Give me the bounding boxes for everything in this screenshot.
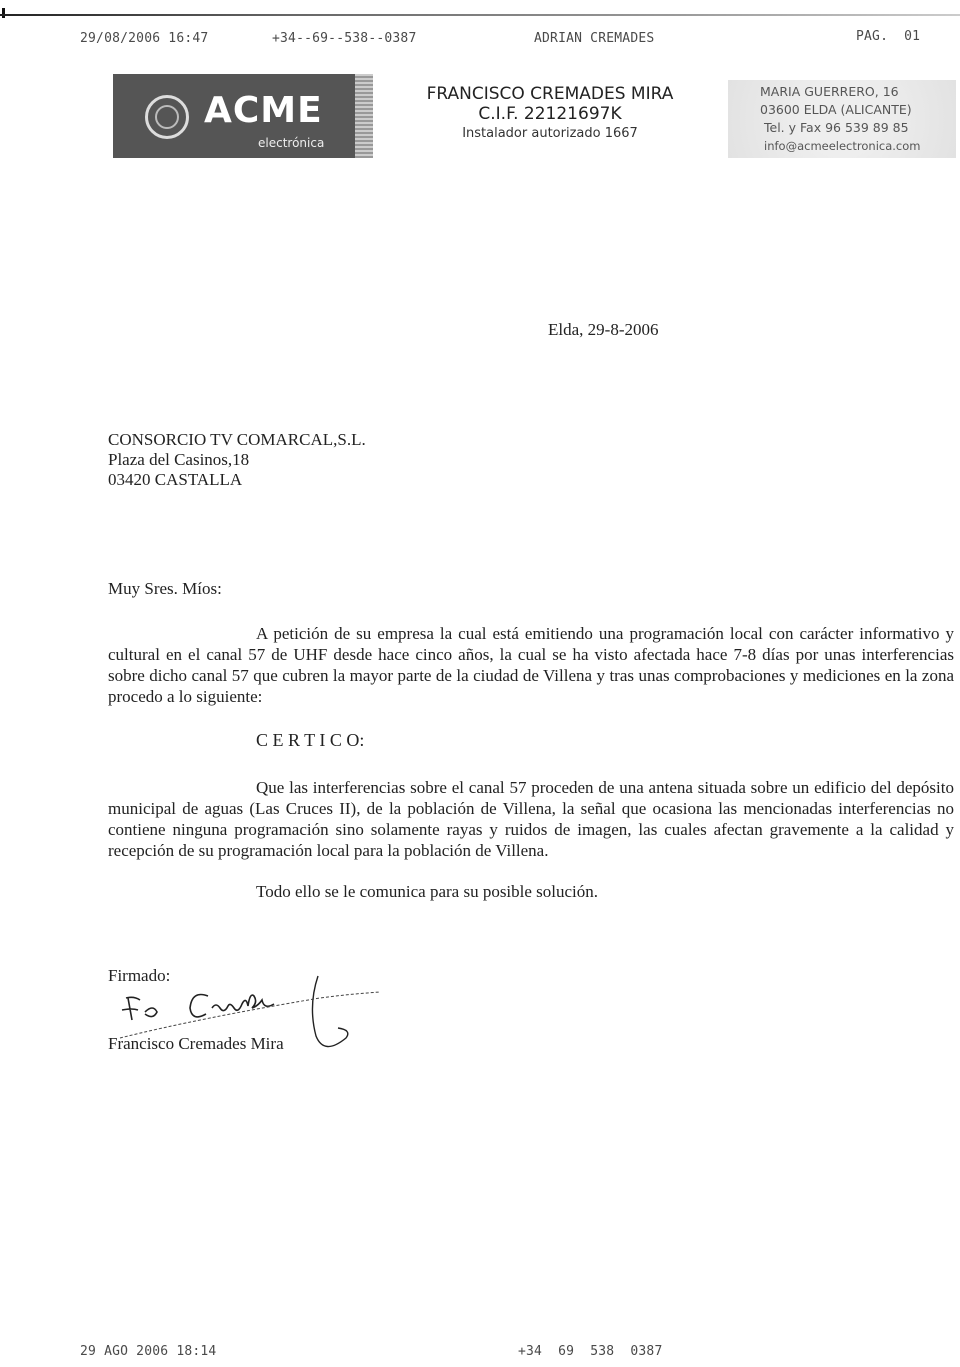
fax-datetime: 29/08/2006 16:47 <box>80 31 208 46</box>
logo-scan-strip <box>355 74 373 158</box>
address-phone: Tel. y Fax 96 539 89 85 <box>764 120 909 136</box>
signer-name: Francisco Cremades Mira <box>108 1034 284 1054</box>
certify-heading: C E R T I C O: <box>256 730 364 751</box>
fax-phone: +34--69--538--0387 <box>272 31 416 46</box>
salutation: Muy Sres. Míos: <box>108 579 222 599</box>
recipient-name: CONSORCIO TV COMARCAL,S.L. <box>108 430 366 450</box>
recipient-city: 03420 CASTALLA <box>108 470 366 490</box>
address-line: MARIA GUERRERO, 16 <box>760 84 899 100</box>
fax-page: PAG. 01 <box>856 29 920 44</box>
recipient-block: CONSORCIO TV COMARCAL,S.L. Plaza del Cas… <box>108 430 366 490</box>
paragraph-certification: Que las interferencias sobre el canal 57… <box>108 777 954 861</box>
recipient-street: Plaza del Casinos,18 <box>108 450 366 470</box>
power-seal-icon <box>145 95 189 139</box>
closing-line: Todo ello se le comunica para su posible… <box>256 882 598 902</box>
footer-datetime: 29 AGO 2006 18:14 <box>80 1344 216 1359</box>
fax-top-rule <box>0 14 960 16</box>
footer-phone: +34 69 538 0387 <box>518 1344 662 1359</box>
fax-sender: ADRIAN CREMADES <box>534 31 654 46</box>
address-line: 03600 ELDA (ALICANTE) <box>760 102 912 118</box>
logo-subtitle: electrónica <box>258 136 324 150</box>
place-date: Elda, 29-8-2006 <box>548 320 658 340</box>
logo-brand: ACME <box>204 93 323 129</box>
paragraph-request: A petición de su empresa la cual está em… <box>108 623 954 707</box>
address-email: info@acmeelectronica.com <box>764 138 920 154</box>
installer-license: Instalador autorizado 1667 <box>400 126 700 141</box>
company-cif: C.I.F. 22121697K <box>400 104 700 124</box>
company-name: FRANCISCO CREMADES MIRA <box>400 84 700 104</box>
scan-mark <box>2 8 5 18</box>
